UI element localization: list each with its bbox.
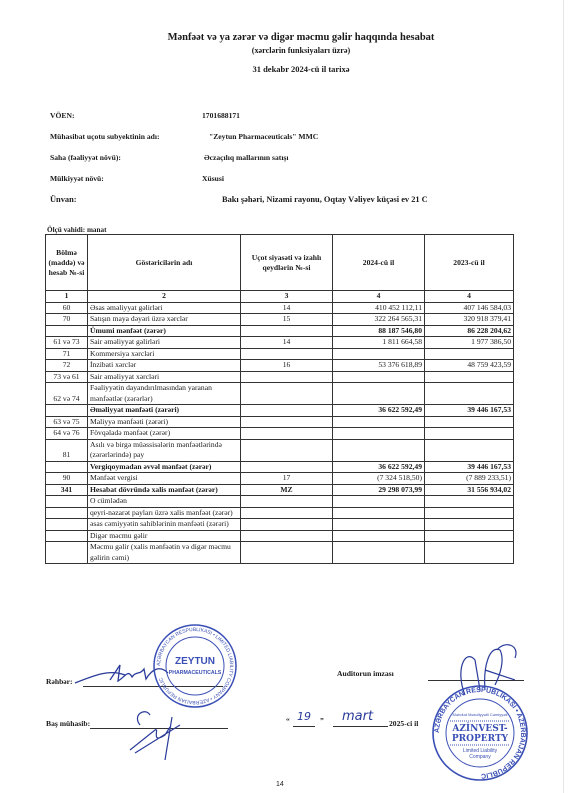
row-note xyxy=(241,348,333,360)
row-value-2023: 39 446 167,53 xyxy=(425,405,514,417)
date-day: 19 xyxy=(297,710,311,723)
row-value-2023: 39 446 167,53 xyxy=(425,461,514,473)
info-value: Xüsusi xyxy=(202,174,224,183)
stamp-company-name: ZEYTUN xyxy=(175,656,215,667)
row-note xyxy=(241,461,333,473)
row-value-2024 xyxy=(333,542,425,564)
row-note xyxy=(241,542,333,564)
col-num: 4 xyxy=(425,291,514,303)
row-value-2024: 29 298 073,99 xyxy=(333,484,425,496)
row-value-2023: 320 918 379,41 xyxy=(425,314,514,326)
chief-accountant-signature-scribble xyxy=(110,705,200,760)
row-note xyxy=(241,496,333,508)
column-number-row: 1 2 3 4 4 xyxy=(46,291,514,303)
row-note xyxy=(241,325,333,337)
row-value-2024: 36 622 592,49 xyxy=(333,461,425,473)
row-note: 17 xyxy=(241,473,333,485)
row-value-2024 xyxy=(333,383,425,405)
row-value-2023 xyxy=(425,542,514,564)
row-code: 60 xyxy=(46,302,88,314)
info-label: Ünvan: xyxy=(50,195,77,204)
stamp-auditor-bottom-2: Company xyxy=(469,754,491,760)
table-row: 90Mənfəət vergisi17(7 324 518,50)(7 889 … xyxy=(46,473,514,485)
date-quote-open: “ xyxy=(286,716,290,725)
row-value-2023 xyxy=(425,439,514,461)
row-value-2023: 86 228 204,62 xyxy=(425,325,514,337)
row-code xyxy=(46,496,88,508)
report-title: Mənfəət və ya zərər və digər məcmu gəlir… xyxy=(10,32,582,43)
row-name: əsas cəmiyyətin sahiblərinin mənfəəti (z… xyxy=(88,519,241,531)
table-row: 71Kommersiya xərcləri xyxy=(46,348,514,360)
unit-of-measure: Ölçü vahidi: manat xyxy=(47,226,107,234)
row-code: 70 xyxy=(46,314,88,326)
row-code: 71 xyxy=(46,348,88,360)
table-row: əsas cəmiyyətin sahiblərinin mənfəəti (z… xyxy=(46,519,514,531)
row-name: Fövqəladə mənfəət (zərər) xyxy=(88,428,241,440)
row-value-2023 xyxy=(425,348,514,360)
row-value-2023 xyxy=(425,371,514,383)
stamp-company-sub: PHARMACEUTICALS xyxy=(169,670,222,676)
header-row: Bölmə (maddə) və hesab №-si Göstəricilər… xyxy=(46,235,514,291)
row-note: 16 xyxy=(241,360,333,372)
table-row: O cümlədən xyxy=(46,496,514,508)
col-header-2024: 2024-cü il xyxy=(333,235,425,291)
table-row: 73 və 61Sair əməliyyat xərcləri xyxy=(46,371,514,383)
date-year: 2025-ci il xyxy=(389,719,418,728)
row-value-2024 xyxy=(333,348,425,360)
financial-table: Bölmə (maddə) və hesab №-si Göstəricilər… xyxy=(45,234,514,564)
date-day-line xyxy=(293,726,315,727)
row-name: Satışın maya dəyəri üzrə xərclər xyxy=(88,314,241,326)
report-subtitle: (xərclərin funksiyaları üzrə) xyxy=(10,46,582,55)
info-label: Saha (fəaliyyət növü): xyxy=(50,153,121,162)
info-label: Mülkiyyət növü: xyxy=(50,174,104,183)
row-name: Əsas əməliyyat gəlirləri xyxy=(88,302,241,314)
row-name: İnzibati xərclər xyxy=(88,360,241,372)
table-row: 61 və 73Sair əməliyyat gəlirləri141 811 … xyxy=(46,337,514,349)
row-value-2024: 36 622 592,49 xyxy=(333,405,425,417)
row-note xyxy=(241,371,333,383)
row-value-2024 xyxy=(333,371,425,383)
table-row: 62 və 74Fəaliyyətin dayandırılmasından y… xyxy=(46,383,514,405)
date-quote-close: ” xyxy=(320,716,324,725)
row-note: 14 xyxy=(241,302,333,314)
row-value-2024 xyxy=(333,416,425,428)
row-name: Hesabat dövründə xalis mənfəət (zərər) xyxy=(88,484,241,496)
row-name: Sair əməliyyat gəlirləri xyxy=(88,337,241,349)
row-value-2023: 48 759 423,59 xyxy=(425,360,514,372)
row-value-2024: 88 187 546,80 xyxy=(333,325,425,337)
row-value-2024 xyxy=(333,439,425,461)
row-value-2023 xyxy=(425,428,514,440)
col-num: 2 xyxy=(88,291,241,303)
table-row: 64 və 76Fövqəladə mənfəət (zərər) xyxy=(46,428,514,440)
row-note xyxy=(241,507,333,519)
info-value: Əczaçılıq mallarının satışı xyxy=(204,153,289,162)
table-row: 341Hesabat dövründə xalis mənfəət (zərər… xyxy=(46,484,514,496)
row-value-2023 xyxy=(425,383,514,405)
row-value-2023 xyxy=(425,530,514,542)
row-name: Maliyyə mənfəəti (zərəri) xyxy=(88,416,241,428)
row-note: MZ xyxy=(241,484,333,496)
row-name: Sair əməliyyat xərcləri xyxy=(88,371,241,383)
row-code: 81 xyxy=(46,439,88,461)
row-value-2024: 322 264 565,31 xyxy=(333,314,425,326)
date-month: mart xyxy=(342,709,373,724)
col-num: 4 xyxy=(333,291,425,303)
row-code xyxy=(46,461,88,473)
info-value: 1701688171 xyxy=(202,111,240,120)
row-note xyxy=(241,519,333,531)
info-label: VÖEN: xyxy=(50,111,74,120)
info-label: Mühasibat uçotu subyektinin adı: xyxy=(50,132,160,141)
row-value-2024 xyxy=(333,496,425,508)
row-note xyxy=(241,416,333,428)
row-code: 64 və 76 xyxy=(46,428,88,440)
row-code: 341 xyxy=(46,484,88,496)
row-code: 63 və 75 xyxy=(46,416,88,428)
stamp-auditor-top: Məhdud Məsuliyyətli Cəmiyyəti xyxy=(453,712,508,717)
row-name: O cümlədən xyxy=(88,496,241,508)
row-value-2024 xyxy=(333,507,425,519)
date-month-line xyxy=(333,726,388,727)
row-value-2024: 53 376 618,89 xyxy=(333,360,425,372)
row-code: 73 və 61 xyxy=(46,371,88,383)
table-row: 72İnzibati xərclər1653 376 618,8948 759 … xyxy=(46,360,514,372)
row-value-2024: 1 811 664,58 xyxy=(333,337,425,349)
row-code: 62 və 74 xyxy=(46,383,88,405)
row-name: Asılı və birgə müəssisələrin mənfəətləri… xyxy=(88,439,241,461)
row-note xyxy=(241,428,333,440)
row-value-2024: 410 452 112,11 xyxy=(333,302,425,314)
table-row: Əməliyyat mənfəəti (zərəri)36 622 592,49… xyxy=(46,405,514,417)
row-note: 14 xyxy=(241,337,333,349)
table-row: 60Əsas əməliyyat gəlirləri14410 452 112,… xyxy=(46,302,514,314)
report-date: 31 dekabr 2024-cü il tarixə xyxy=(10,64,582,74)
row-code xyxy=(46,519,88,531)
row-name: Digər məcmu gəlir xyxy=(88,530,241,542)
row-value-2024: (7 324 518,50) xyxy=(333,473,425,485)
table-row: Ümumi mənfəət (zərər)88 187 546,8086 228… xyxy=(46,325,514,337)
row-code xyxy=(46,507,88,519)
table-row: Digər məcmu gəlir xyxy=(46,530,514,542)
info-value: Bakı şəhəri, Nizami rayonu, Oqtay Vəliye… xyxy=(222,195,428,204)
row-value-2023 xyxy=(425,507,514,519)
row-code: 90 xyxy=(46,473,88,485)
row-note xyxy=(241,530,333,542)
row-code: 61 və 73 xyxy=(46,337,88,349)
table-row: qeyri-nəzarət payları üzrə xalis mənfəət… xyxy=(46,507,514,519)
row-name: Mənfəət vergisi xyxy=(88,473,241,485)
row-value-2023 xyxy=(425,416,514,428)
table-row: 70Satışın maya dəyəri üzrə xərclər15322 … xyxy=(46,314,514,326)
row-value-2024 xyxy=(333,519,425,531)
row-note: 15 xyxy=(241,314,333,326)
row-name: Məcmu gəlir (xalis mənfəətin və digər mə… xyxy=(88,542,241,564)
table-row: Vergiqoymadan əvvəl mənfəət (zərər)36 62… xyxy=(46,461,514,473)
col-header-2023: 2023-cü il xyxy=(425,235,514,291)
table-row: Məcmu gəlir (xalis mənfəətin və digər mə… xyxy=(46,542,514,564)
table-row: 81Asılı və birgə müəssisələrin mənfəətlə… xyxy=(46,439,514,461)
company-stamp: ZEYTUN PHARMACEUTICALS AZƏRBAYCAN RESPUB… xyxy=(150,622,240,710)
info-value: "Zeytun Pharmaceuticals" MMC xyxy=(209,132,318,141)
row-name: Əməliyyat mənfəəti (zərəri) xyxy=(88,405,241,417)
auditor-stamp: Məhdud Məsuliyyətli Cəmiyyəti AZİNVEST- … xyxy=(426,683,534,783)
col-num: 1 xyxy=(46,291,88,303)
stamp-auditor-name-1: AZİNVEST- xyxy=(451,721,508,734)
row-code xyxy=(46,530,88,542)
row-value-2023: 1 977 386,50 xyxy=(425,337,514,349)
stamp-auditor-name-2: PROPERTY xyxy=(452,734,509,744)
auditor-label: Auditorun imzası xyxy=(337,669,394,678)
row-note xyxy=(241,439,333,461)
page-number: 14 xyxy=(276,781,284,788)
row-value-2024 xyxy=(333,530,425,542)
row-value-2023: 31 556 934,02 xyxy=(425,484,514,496)
row-value-2023 xyxy=(425,496,514,508)
table-row: 63 və 75Maliyyə mənfəəti (zərəri) xyxy=(46,416,514,428)
row-name: Kommersiya xərcləri xyxy=(88,348,241,360)
row-name: Ümumi mənfəət (zərər) xyxy=(88,325,241,337)
col-header-name: Göstəricilərin adı xyxy=(88,235,241,291)
row-code xyxy=(46,542,88,564)
page-edge xyxy=(563,0,564,793)
chief-accountant-label: Baş mühasib: xyxy=(46,719,90,728)
row-code xyxy=(46,405,88,417)
row-name: qeyri-nəzarət payları üzrə xalis mənfəət… xyxy=(88,507,241,519)
row-code: 72 xyxy=(46,360,88,372)
row-value-2024 xyxy=(333,428,425,440)
row-code xyxy=(46,325,88,337)
col-num: 3 xyxy=(241,291,333,303)
row-note xyxy=(241,383,333,405)
col-header-code: Bölmə (maddə) və hesab №-si xyxy=(46,235,88,291)
row-name: Vergiqoymadan əvvəl mənfəət (zərər) xyxy=(88,461,241,473)
row-name: Fəaliyyətin dayandırılmasından yaranan m… xyxy=(88,383,241,405)
col-header-note: Uçot siyasəti və izahlı qeydlərin №-si xyxy=(241,235,333,291)
row-note xyxy=(241,405,333,417)
director-label: Rəhbər: xyxy=(46,677,73,686)
row-value-2023 xyxy=(425,519,514,531)
row-value-2023: 407 146 584,03 xyxy=(425,302,514,314)
row-value-2023: (7 889 233,51) xyxy=(425,473,514,485)
